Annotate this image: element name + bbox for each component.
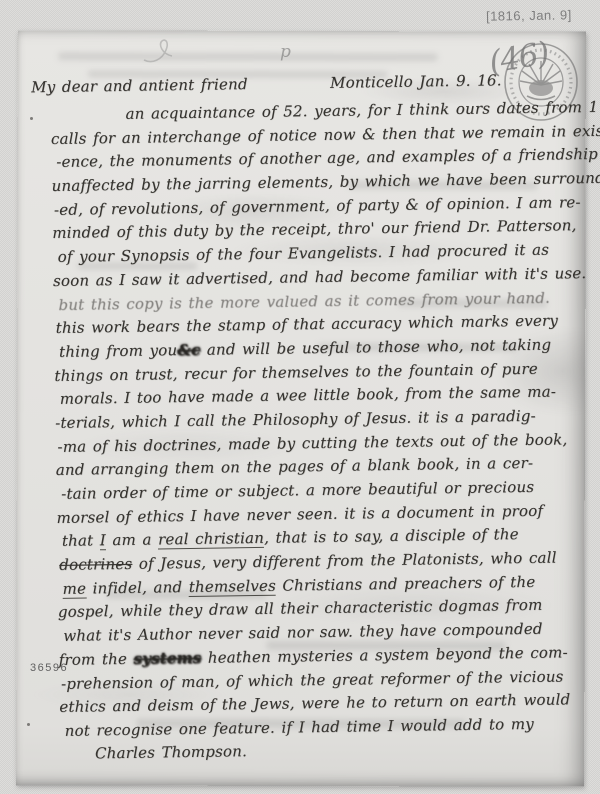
letter-dateline: Monticello Jan. 9. 16. bbox=[330, 71, 502, 92]
margin-ink-dot bbox=[30, 117, 33, 120]
scanned-letter-page: [1816, Jan. 9] p (46) 36596 bbox=[0, 0, 600, 794]
archival-date-note: [1816, Jan. 9] bbox=[486, 7, 572, 23]
letter-body: an acquaintance of 52. years, for I thin… bbox=[50, 96, 575, 743]
letter-content: My dear and antient friend Monticello Ja… bbox=[50, 70, 576, 765]
letter-salutation: My dear and antient friend bbox=[31, 75, 248, 96]
margin-ink-dot bbox=[27, 723, 30, 726]
bleed-through-smudge bbox=[58, 52, 438, 61]
pencil-flourish bbox=[142, 34, 190, 68]
pencil-mark-p: p bbox=[280, 42, 291, 62]
